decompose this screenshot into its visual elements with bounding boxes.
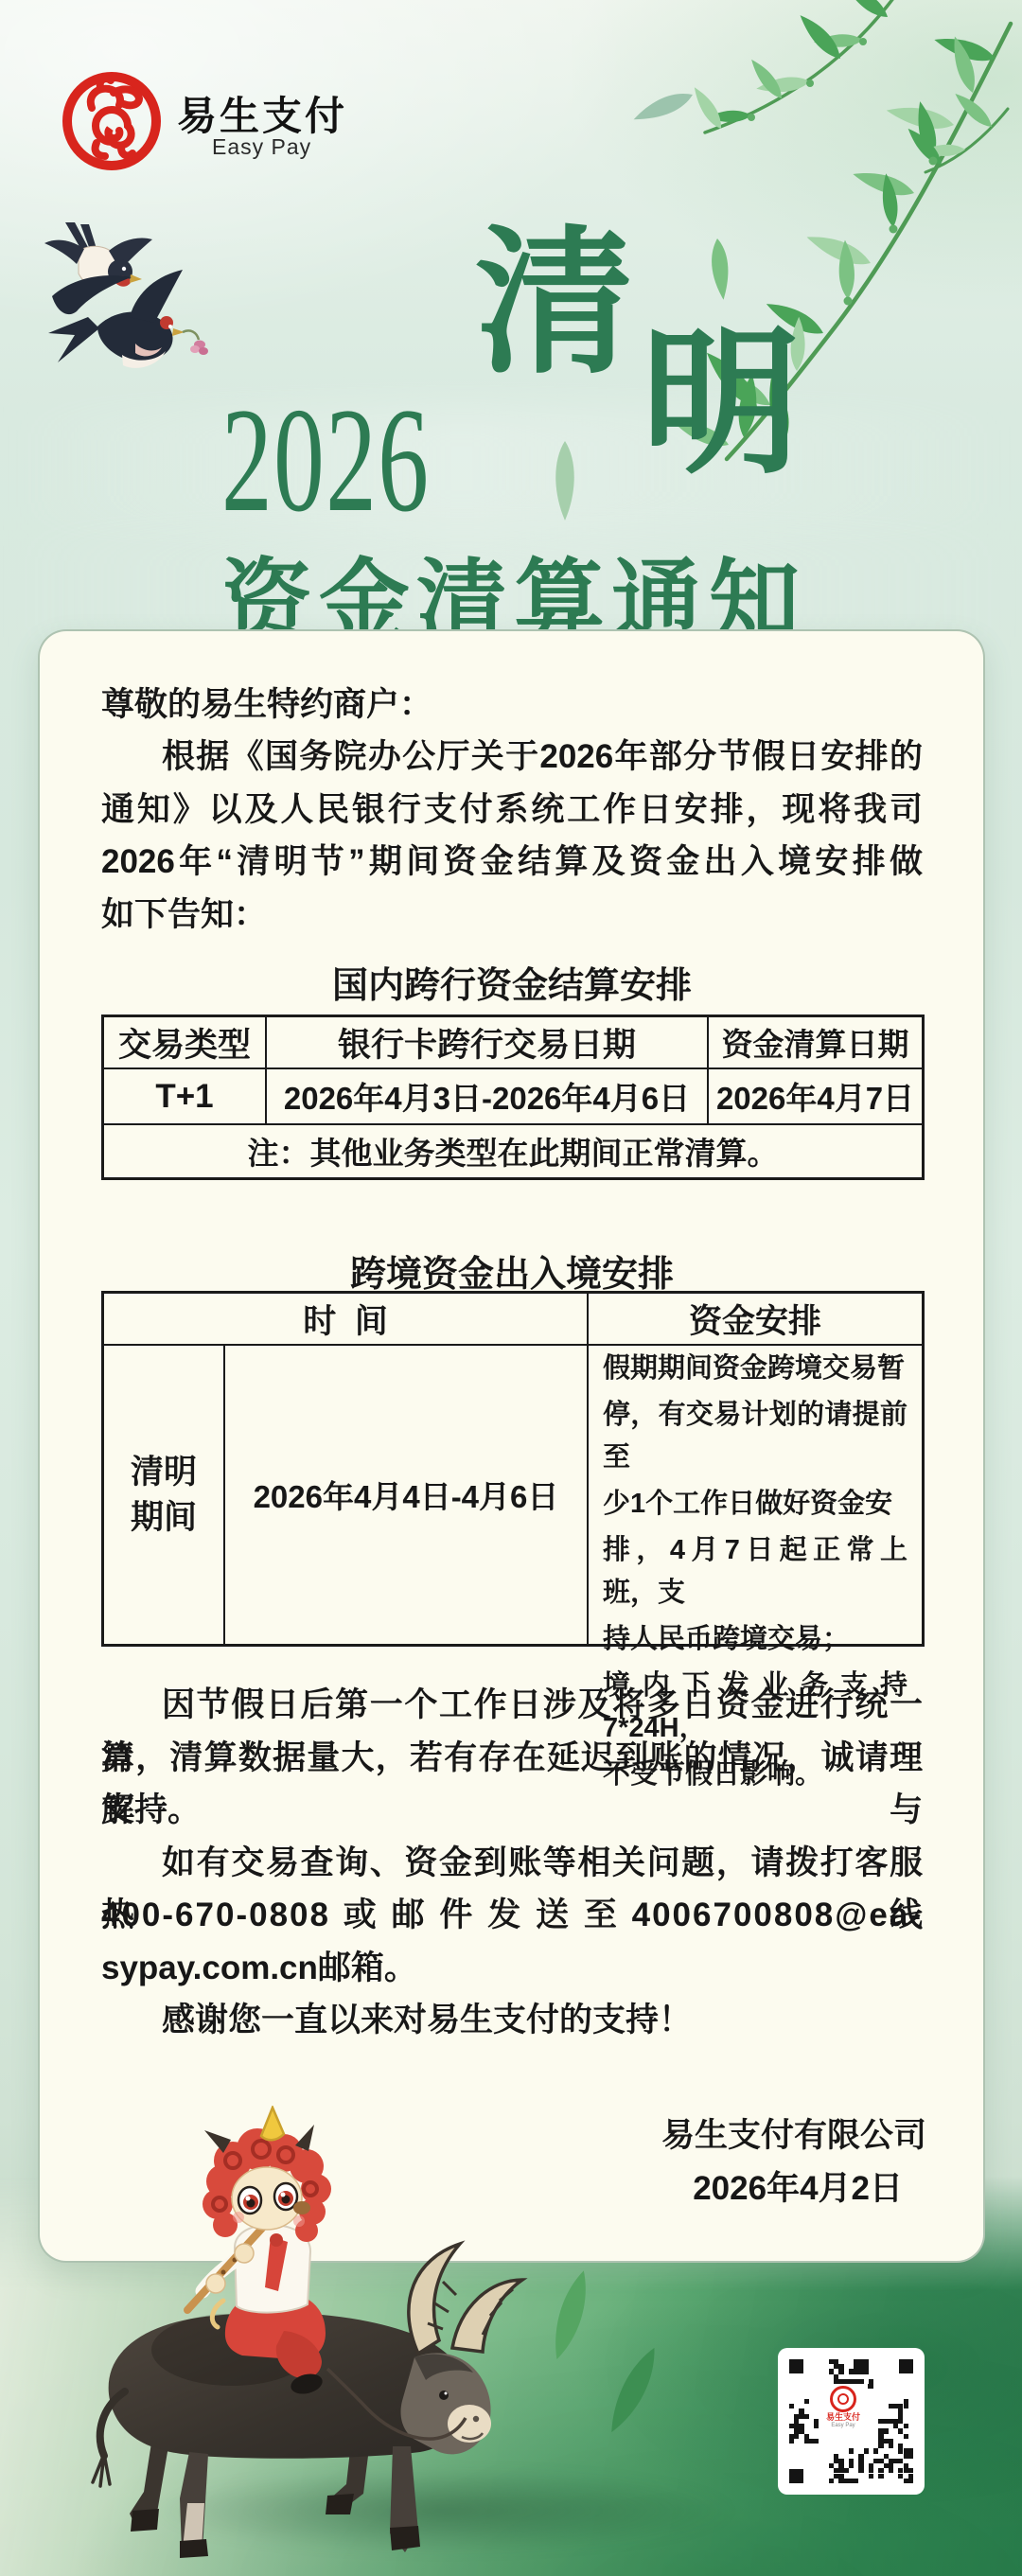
qr-center-logo: 易生支付 Easy Pay [819,2384,868,2439]
brand-name-cn: 易生支付 [177,85,347,142]
period-line: 期间 [131,1495,197,1541]
period-line: 清明 [131,1450,197,1495]
domestic-settlement-table: 交易类型 银行卡跨行交易日期 资金清算日期 T+1 2026年4月3日-2026… [101,1015,925,1180]
section-heading-domestic: 国内跨行资金结算安排 [101,956,923,1008]
table-plan-cell: 假期期间资金跨境交易暂 停，有交易计划的请提前至 少1个工作日做好资金安 排，4… [589,1346,922,1644]
crossborder-table: 时 间 资金安排 清明 期间 2026年4月4日-4月6日 假期期间资金跨境交易… [101,1291,925,1647]
easypay-seal-logo-icon [59,68,165,174]
table-header-cell: 交易类型 [104,1017,267,1069]
closing-line: 因节假日后第一个工作日涉及将多日资金进行统一清 [101,1679,923,1732]
intro-line: 根据《国务院办公厅关于2026年部分节假日安排的 [101,731,923,784]
plan-line: 假期期间资金跨境交易暂 [589,1346,922,1392]
closing-line: 如有交易查询、资金到账等相关问题，请拨打客服热线 [101,1837,923,1890]
easypay-seal-mini-icon [830,2386,856,2412]
table-data-cell: T+1 [104,1069,267,1125]
plan-line: 持人民币跨境交易； [589,1616,922,1663]
title-year: 2026 [221,386,430,536]
table-period-cell: 清明 期间 [104,1346,225,1644]
plan-line: 排，4月7日起正常上班，支 [589,1527,922,1616]
qr-center-text-cn: 易生支付 [819,2412,868,2423]
closing-line: 支持。 [101,1784,923,1837]
plan-line: 少1个工作日做好资金安 [589,1481,922,1527]
table-header-cell: 时 间 [104,1294,589,1346]
qr-finder-icon [789,2469,803,2483]
brand-name-en: Easy Pay [212,134,311,160]
table-date-cell: 2026年4月4日-4月6日 [225,1346,589,1644]
title-festival-char-2: 明 [642,326,801,485]
intro-line: 2026年“清明节”期间资金结算及资金出入境安排做 [101,836,923,889]
notice-card: 尊敬的易生特约商户： 根据《国务院办公厅关于2026年部分节假日安排的 通知》以… [38,629,985,2263]
swallows-icon [43,222,222,383]
table-header-cell: 资金安排 [589,1294,922,1346]
signature-company: 易生支付有限公司 [661,2109,926,2161]
intro-line: 如下告知： [101,889,923,942]
table-data-cell: 2026年4月7日 [709,1069,922,1125]
intro-line: 通知》以及人民银行支付系统工作日安排，现将我司 [101,784,923,837]
salutation: 尊敬的易生特约商户： [101,679,923,732]
closing-line: 算，清算数据量大，若有存在延迟到账的情况，诚请理解与 [101,1732,923,1785]
thanks-line: 感谢您一直以来对易生支付的支持！ [101,1994,923,2047]
table-header-cell: 银行卡跨行交易日期 [267,1017,709,1069]
qr-finder-icon [899,2359,913,2373]
plan-line: 停，有交易计划的请提前至 [589,1392,922,1481]
table-header-cell: 资金清算日期 [709,1017,922,1069]
title-festival-char-1: 清 [475,225,634,384]
qr-code: 易生支付 Easy Pay [778,2348,925,2495]
table-note-cell: 注：其他业务类型在此期间正常清算。 [104,1125,922,1177]
closing-line: sypay.com.cn邮箱。 [101,1942,923,1995]
table-data-cell: 2026年4月3日-2026年4月6日 [267,1069,709,1125]
falling-leaves-icon [530,2257,691,2446]
closing-line: 400-670-0808或邮件发送至4006700808@ea- [101,1889,923,1942]
qr-finder-icon [789,2359,803,2373]
section-heading-crossborder: 跨境资金出入境安排 [101,1244,923,1297]
falling-leaf-icon [541,433,589,528]
signature-date: 2026年4月2日 [693,2162,903,2214]
qr-center-text-en: Easy Pay [819,2423,868,2429]
mascot-riding-buffalo-illustration [38,2106,530,2569]
